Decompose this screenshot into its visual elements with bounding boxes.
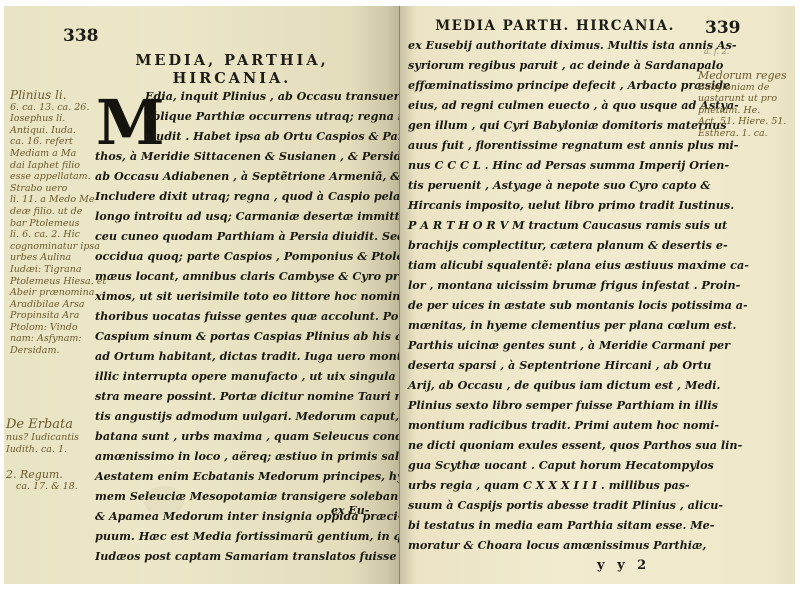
- handwritten-marginalia-right: Medorum reges Babyloniam de uastarunt ut…: [698, 70, 787, 140]
- marginal-note-spacer: [6, 455, 79, 469]
- marginal-note-line: ca. 16. refert: [10, 136, 106, 148]
- marginal-note-line: Iosephus li.: [10, 113, 106, 125]
- text-line: Parthis uicinæ gentes sunt , à Meridie C…: [408, 335, 686, 355]
- text-line: effœminatissimo principe defecit , Arbac…: [408, 75, 686, 95]
- text-line: ex Eusebij authoritate diximus. Multis i…: [408, 35, 686, 55]
- body-text-left-indented: Edia, inquit Plinius , ab Occasu transue…: [145, 86, 391, 146]
- marginal-note-line: urbes Aulina: [10, 252, 106, 264]
- text-line: amœnissimo in loco , aëreq; æstiuo in pr…: [95, 446, 391, 466]
- text-line: syriorum regibus paruit , ac deinde à Sa…: [408, 55, 686, 75]
- marginal-note-line: Iudith. ca. 1.: [6, 444, 79, 456]
- text-line: ad Ortum habitant, dictas tradit. Iuga u…: [95, 346, 391, 366]
- text-line: suum à Caspijs portis abesse tradit Plin…: [408, 495, 686, 515]
- marginal-note-line: Dersidam.: [10, 345, 106, 357]
- marginal-note-line: 6. ca. 13. ca. 26.: [10, 102, 106, 114]
- text-line: illic interrupta opere manufacto , ut ui…: [95, 366, 391, 386]
- text-line: deserta sparsi , à Septentrione Hircani …: [408, 355, 686, 375]
- text-line: longo introitu ad usq; Carmaniæ desertæ …: [95, 206, 391, 226]
- marginal-note-line: Ptolemeus Hiesa. et: [10, 276, 106, 288]
- marginal-note-line: deæ filio. ut de: [10, 206, 106, 218]
- text-line: urbs regia , quam C X X X I I I . millib…: [408, 475, 686, 495]
- marginal-note-line: De Erbata: [6, 418, 79, 432]
- text-line: Edia, inquit Plinius , ab Occasu transue…: [145, 86, 391, 106]
- marginal-note-line: Iudæi: Tigrana: [10, 264, 106, 276]
- text-line: nus C C C L . Hinc ad Persas summa Imper…: [408, 155, 686, 175]
- chapter-heading-line2: HIRCANIA.: [114, 70, 350, 87]
- marginal-note-line: Strabo uero: [10, 183, 106, 195]
- text-line: eius, ad regni culmen euecto , à quo usq…: [408, 95, 686, 115]
- handwritten-marginalia-top: Plinius li. 6. ca. 13. ca. 26. Iosephus …: [10, 90, 106, 357]
- marginal-note-line: Medorum reges: [698, 70, 787, 82]
- marginal-note-line: uastarunt ut pro: [698, 93, 787, 105]
- text-line: auus fuit , florentissime regnatum est a…: [408, 135, 686, 155]
- text-line: ximos, ut sit uerisimile toto eo littore…: [95, 286, 391, 306]
- text-line: occidua quoq; parte Caspios , Pomponius …: [95, 246, 391, 266]
- marginal-note-line: Propinsita Ara: [10, 310, 106, 322]
- marginal-note-line: cognominatur ipsa: [10, 241, 106, 253]
- text-line: Plinius sexto libro semper fuisse Parthi…: [408, 395, 686, 415]
- marginal-note-line: Babyloniam de: [698, 82, 787, 94]
- text-line: tis peruenit , Astyage à nepote suo Cyro…: [408, 175, 686, 195]
- marginal-note-line: li. 11. a Medo Me: [10, 194, 106, 206]
- handwritten-marginalia-bottom: De Erbata nus? Iudicantis Iudith. ca. 1.…: [6, 418, 79, 492]
- marginal-note-line: bar Ptolemeus: [10, 218, 106, 230]
- text-line: mem Seleuciæ Mesopotamiæ transigere sole…: [95, 486, 391, 506]
- text-line: de per uices in æstate sub montanis loci…: [408, 295, 686, 315]
- text-line: mœnitas, in hyeme clementius per plana c…: [408, 315, 686, 335]
- marginal-note-line: phetiam. He.: [698, 105, 787, 117]
- marginal-note-line: nam: Asfynam:: [10, 333, 106, 345]
- marginal-note-line: 2. Regum.: [6, 469, 79, 481]
- text-line: oblique Parthiæ occurrens utraq; regna i…: [145, 106, 391, 126]
- handwritten-mark-small: a. f. 2.: [704, 46, 729, 58]
- marginal-note-line: li. 6. ca. 2. Hic: [10, 229, 106, 241]
- text-line: brachijs complectitur, cætera planum & d…: [408, 235, 686, 255]
- marginal-note-line: Act. 51. Hiere. 51.: [698, 116, 787, 128]
- body-text-left: thos, à Meridie Sittacenen & Susianen , …: [95, 146, 391, 566]
- right-page: MEDIA PARTH. HIRCANIA. 339 ex Eusebij au…: [399, 6, 795, 584]
- text-line: gen illum , qui Cyri Babyloniæ domitoris…: [408, 115, 686, 135]
- marginal-note-line: Antiqui. Iuda.: [10, 125, 106, 137]
- marginal-note-line: Esthera. 1. ca.: [698, 128, 787, 140]
- marginal-note-line: Ptolom: Vindo: [10, 322, 106, 334]
- marginal-note-line: Abeir prænomina: [10, 287, 106, 299]
- marginal-note-line: Mediam a Ma: [10, 148, 106, 160]
- text-line: cludit . Habet ipsa ab Ortu Caspios & Pa…: [145, 126, 391, 146]
- text-line: stra meare possint. Portæ dicitur nomine…: [95, 386, 391, 406]
- text-line: Caspium sinum & portas Caspias Plinius a…: [95, 326, 391, 346]
- text-line: ab Occasu Adiabenen , à Septẽtrione Arme…: [95, 166, 391, 186]
- text-line: lor , montana uicissim brumæ frigus infe…: [408, 275, 686, 295]
- text-line: tiam alicubi squalentẽ: plana eius æstiu…: [408, 255, 686, 275]
- marginal-note-line: nus? Iudicantis: [6, 432, 79, 444]
- page-number-left: 338: [63, 26, 99, 46]
- marginal-note-line: esse appellatam.: [10, 171, 106, 183]
- text-line: P A R T H O R V M tractum Caucasus ramis…: [408, 215, 686, 235]
- text-line: bi testatus in media eam Parthia sitam e…: [408, 515, 686, 535]
- text-line: Aestatem enim Ecbatanis Medorum principe…: [95, 466, 391, 486]
- marginal-note-line: dai Iaphet filio: [10, 160, 106, 172]
- chapter-heading-line1: MEDIA, PARTHIA,: [114, 52, 350, 69]
- text-line: moratur & Choara locus amœnissimus Parth…: [408, 535, 686, 555]
- text-line: Iudæos post captam Samariam translatos f…: [95, 546, 391, 566]
- text-line: mæus locant, amnibus claris Cambyse & Cy…: [95, 266, 391, 286]
- text-line: thoribus uocatas fuisse gentes quæ accol…: [95, 306, 391, 326]
- left-page: 338 MEDIA, PARTHIA, HIRCANIA. M Edia, in…: [4, 6, 399, 584]
- text-line: thos, à Meridie Sittacenen & Susianen , …: [95, 146, 391, 166]
- text-line: montium radicibus tradit. Primi autem ho…: [408, 415, 686, 435]
- body-text-right: ex Eusebij authoritate diximus. Multis i…: [408, 35, 686, 555]
- text-line: ne dicti quoniam exules essent, quos Par…: [408, 435, 686, 455]
- marginal-note-line: ca. 17. & 18.: [6, 481, 79, 493]
- text-line: batana sunt , urbs maxima , quam Seleucu…: [95, 426, 391, 446]
- text-line: gua Scythæ uocant . Caput horum Hecatomp…: [408, 455, 686, 475]
- text-line: Hircanis imposito, uelut libro primo tra…: [408, 195, 686, 215]
- text-line: puum. Hæc est Media fortissimarũ gentium…: [95, 526, 391, 546]
- text-line: Arij, ab Occasu , de quibus iam dictum e…: [408, 375, 686, 395]
- page-number-right: 339: [705, 18, 741, 38]
- catchword: ex Eu-: [331, 504, 369, 517]
- text-line: ceu cuneo quodam Parthiam à Persia diuid…: [95, 226, 391, 246]
- text-line: tis angustijs admodum uulgari. Medorum c…: [95, 406, 391, 426]
- marginal-note-line: Plinius li.: [10, 90, 106, 102]
- marginal-note-line: Aradibilae Arsa: [10, 299, 106, 311]
- text-line: Includere dixit utraq; regna , quod à Ca…: [95, 186, 391, 206]
- signature-mark: y y 2: [597, 558, 650, 573]
- book-spread: 338 MEDIA, PARTHIA, HIRCANIA. M Edia, in…: [4, 6, 794, 584]
- running-head: MEDIA PARTH. HIRCANIA.: [430, 18, 680, 34]
